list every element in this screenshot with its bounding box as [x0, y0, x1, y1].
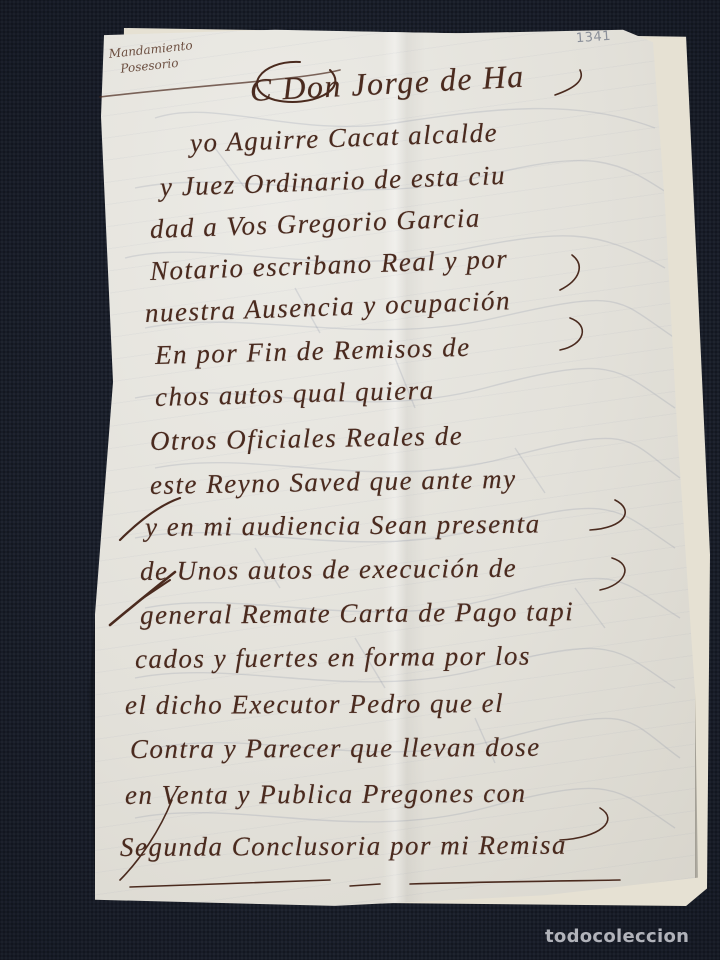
text-line: Contra y Parecer que llevan dose	[130, 732, 541, 765]
text-line: cados y fuertes en forma por los	[135, 641, 531, 675]
text-line: y en mi audiencia Sean presenta	[145, 509, 541, 543]
text-line: Otros Oficiales Reales de	[150, 421, 464, 457]
text-line: yo Aguirre Cacat alcalde	[189, 117, 498, 159]
text-line: de Unos autos de execución de	[140, 553, 517, 587]
text-line: general Remate Carta de Pago tapi	[140, 596, 574, 631]
text-line: el dicho Executor Pedro que el	[125, 688, 504, 721]
text-line: Segunda Conclusoria por mi Remisa	[120, 830, 567, 863]
manuscript-text: C Don Jorge de Ha yo Aguirre Cacat alcal…	[0, 0, 720, 960]
text-line: nuestra Ausencia y ocupación	[144, 285, 511, 329]
watermark: todocoleccion	[545, 926, 689, 947]
text-line: Notario escribano Real y por	[149, 243, 508, 286]
text-line: chos autos qual quiera	[155, 375, 435, 413]
text-line: y Juez Ordinario de esta ciu	[159, 160, 506, 203]
text-line: dad a Vos Gregorio Garcia	[149, 202, 481, 245]
text-line: en Venta y Publica Pregones con	[125, 778, 527, 811]
text-line: este Reyno Saved que ante my	[150, 464, 517, 501]
text-line: C Don Jorge de Ha	[249, 58, 525, 109]
text-line: En por Fin de Remisos de	[155, 332, 471, 371]
